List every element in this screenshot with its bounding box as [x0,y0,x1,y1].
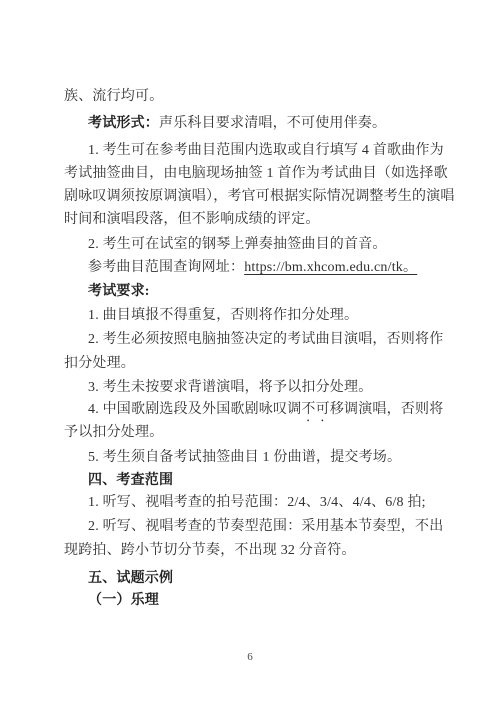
heading-text: 五、试题示例 [88,571,173,586]
body-text: 考试抽签曲目，由电脑现场抽签 1 首作为考试曲目（如选择歌 [64,166,448,181]
text-line: 1. 曲目填报不得重复，否则将作扣分处理。 [64,305,358,327]
text-line: 族、流行均可。 [64,86,163,108]
text-line: 2. 考生可在试室的钢琴上弹奏抽签曲目的首音。 [64,234,387,256]
body-text: 时间和演唱段落，但不影响成绩的评定。 [64,212,320,227]
heading-text: （一）乐理 [88,593,159,608]
body-text: 现跨拍、跨小节切分节奏，不出现 32 分音符。 [64,543,356,558]
text-line: 剧咏叹调须按原调演唱），考官可根据实际情况调整考生的演唱 [64,186,455,208]
document-page: 族、流行均可。考试形式：声乐科目要求清唱，不可使用伴奏。1. 考生可在参考曲目范… [0,0,500,708]
heading-text: 四、考查范围 [88,473,173,488]
heading-text: 考试要求: [88,284,150,299]
text-line: 2. 听写、视唱考查的节奏型范围：采用基本节奏型，不出 [64,516,443,538]
body-text: 2. 考生可在试室的钢琴上弹奏抽签曲目的首音。 [88,237,387,252]
body-text: 3. 考生未按要求背谱演唱，将予以扣分处理。 [88,380,372,395]
body-text: 声乐科目要求清唱，不可使用伴奏。 [159,116,386,131]
text-line: 予以扣分处理。 [64,422,163,444]
emphasized-text: 不可 [301,402,329,417]
text-line: （一）乐理 [64,590,159,612]
text-line: 3. 考生未按要求背谱演唱，将予以扣分处理。 [64,377,372,399]
body-text: 1. 曲目填报不得重复，否则将作扣分处理。 [88,308,358,323]
body-text: 移调演唱，否则将 [330,402,444,417]
text-line: 5. 考生须自备考试抽签曲目 1 份曲谱，提交考场。 [64,447,401,469]
text-line: 4. 中国歌剧选段及外国歌剧咏叹调不可移调演唱，否则将 [64,399,443,421]
text-line: 考试形式：声乐科目要求清唱，不可使用伴奏。 [64,113,386,135]
body-text: 剧咏叹调须按原调演唱），考官可根据实际情况调整考生的演唱 [64,189,455,204]
body-text: 1. 考生可在参考曲目范围内选取或自行填写 4 首歌曲作为 [88,143,444,158]
text-line: 现跨拍、跨小节切分节奏，不出现 32 分音符。 [64,540,356,562]
text-line: 五、试题示例 [64,568,173,590]
body-text: 扣分处理。 [64,356,135,371]
body-text: 1. 听写、视唱考查的拍号范围：2/4、3/4、4/4、6/8 拍; [88,495,426,510]
text-line: 时间和演唱段落，但不影响成绩的评定。 [64,209,320,231]
body-text: 参考曲目范围查询网址： [88,260,244,275]
page-number: 6 [0,651,500,663]
body-text: 2. 考生必须按照电脑抽签决定的考试曲目演唱，否则将作 [88,332,443,347]
body-text: 族、流行均可。 [64,89,163,104]
text-line: 1. 听写、视唱考查的拍号范围：2/4、3/4、4/4、6/8 拍; [64,492,426,514]
text-line: 考试抽签曲目，由电脑现场抽签 1 首作为考试曲目（如选择歌 [64,163,448,185]
text-line: 扣分处理。 [64,353,135,375]
body-text: 4. 中国歌剧选段及外国歌剧咏叹调 [88,402,301,417]
text-line: 四、考查范围 [64,470,173,492]
text-line: 参考曲目范围查询网址：https://bm.xhcom.edu.cn/tk。 [64,257,417,279]
body-text: 5. 考生须自备考试抽签曲目 1 份曲谱，提交考场。 [88,450,401,465]
text-line: 考试要求: [64,281,150,303]
body-text: 予以扣分处理。 [64,425,163,440]
reference-url-link[interactable]: https://bm.xhcom.edu.cn/tk。 [244,260,417,275]
heading-text: 考试形式： [88,116,159,131]
text-line: 2. 考生必须按照电脑抽签决定的考试曲目演唱，否则将作 [64,329,443,351]
body-text: 2. 听写、视唱考查的节奏型范围：采用基本节奏型，不出 [88,519,443,534]
text-line: 1. 考生可在参考曲目范围内选取或自行填写 4 首歌曲作为 [64,140,444,162]
